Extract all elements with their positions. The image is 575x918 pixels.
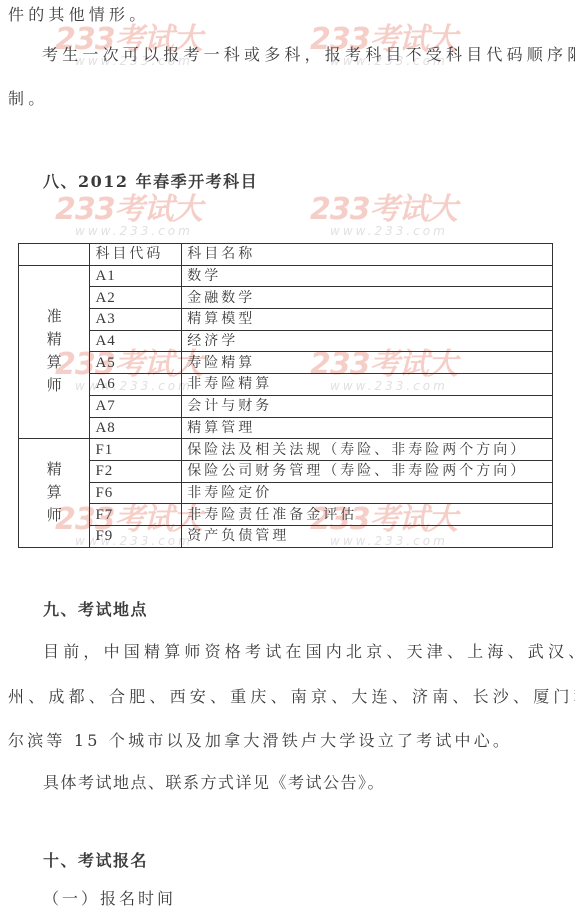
table-row: A8 精算管理 — [19, 417, 553, 439]
subject-name: 寿险精算 — [182, 352, 553, 374]
subject-code: A6 — [90, 374, 182, 396]
group-label: 精算师 — [19, 439, 90, 547]
subject-name: 非寿险精算 — [182, 374, 553, 396]
table-row: A3 精算模型 — [19, 309, 553, 331]
table-header-cell — [19, 244, 90, 266]
table-row: F9 资产负债管理 — [19, 525, 553, 547]
subject-code: F9 — [90, 525, 182, 547]
table-row: A6 非寿险精算 — [19, 374, 553, 396]
group-label-text: 精算师 — [46, 458, 62, 527]
watermark-url: www.233.com — [330, 225, 457, 237]
paragraph-text: 考生一次可以报考一科或多科，报考科目不受科目代码顺序限 — [42, 45, 575, 65]
subject-name: 非寿险责任准备金评估 — [182, 504, 553, 526]
subject-code: F6 — [90, 482, 182, 504]
section-heading: 九、考试地点 — [43, 600, 148, 620]
subject-name: 金融数学 — [182, 287, 553, 309]
group-label-text: 准精算师 — [46, 305, 62, 397]
subject-code: F2 — [90, 460, 182, 482]
watermark-logo: 233考试大 — [310, 195, 457, 225]
subject-name: 精算管理 — [182, 417, 553, 439]
subject-name: 会计与财务 — [182, 395, 553, 417]
table-row: 精算师 F1 保险法及相关法规（寿险、非寿险两个方向） — [19, 439, 553, 461]
paragraph-text: 目前，中国精算师资格考试在国内北京、天津、上海、武汉、广 — [43, 642, 575, 662]
table-row: A4 经济学 — [19, 330, 553, 352]
subheading-text: （一）报名时间 — [43, 889, 176, 909]
subject-name: 保险公司财务管理（寿险、非寿险两个方向） — [182, 460, 553, 482]
table-row: 准精算师 A1 数学 — [19, 265, 553, 287]
subject-code: A7 — [90, 395, 182, 417]
group-label: 准精算师 — [19, 265, 90, 439]
subject-name: 精算模型 — [182, 309, 553, 331]
subject-code: F7 — [90, 504, 182, 526]
subject-name: 非寿险定价 — [182, 482, 553, 504]
table-row: A7 会计与财务 — [19, 395, 553, 417]
subject-name: 经济学 — [182, 330, 553, 352]
subject-code: A5 — [90, 352, 182, 374]
subject-code: A2 — [90, 287, 182, 309]
subject-name: 资产负债管理 — [182, 525, 553, 547]
paragraph-text: 尔滨等 15 个城市以及加拿大滑铁卢大学设立了考试中心。 — [8, 731, 512, 751]
subject-code: A4 — [90, 330, 182, 352]
table-header-cell: 科目代码 — [90, 244, 182, 266]
subject-code: F1 — [90, 439, 182, 461]
watermark: 233考试大 www.233.com — [55, 195, 202, 237]
paragraph-text: 制。 — [8, 89, 48, 109]
table-header-row: 科目代码 科目名称 — [19, 244, 553, 266]
section-heading: 十、考试报名 — [43, 851, 148, 871]
subject-name: 数学 — [182, 265, 553, 287]
watermark: 233考试大 www.233.com — [310, 195, 457, 237]
subject-name: 保险法及相关法规（寿险、非寿险两个方向） — [182, 439, 553, 461]
paragraph-text: 件的其他情形。 — [8, 5, 149, 25]
table-row: F6 非寿险定价 — [19, 482, 553, 504]
subject-code: A3 — [90, 309, 182, 331]
watermark-url: www.233.com — [75, 225, 202, 237]
table-row: F2 保险公司财务管理（寿险、非寿险两个方向） — [19, 460, 553, 482]
subject-code: A8 — [90, 417, 182, 439]
paragraph-text: 州、成都、合肥、西安、重庆、南京、大连、济南、长沙、厦门和哈 — [8, 687, 575, 707]
section-heading: 八、2012 年春季开考科目 — [43, 172, 258, 192]
subject-code: A1 — [90, 265, 182, 287]
table-header-cell: 科目名称 — [182, 244, 553, 266]
table-row: F7 非寿险责任准备金评估 — [19, 504, 553, 526]
paragraph-text: 具体考试地点、联系方式详见《考试公告》。 — [43, 773, 385, 793]
subjects-table: 科目代码 科目名称 准精算师 A1 数学 A2 金融数学 A3 精算模型 A4 … — [18, 243, 553, 548]
table-row: A2 金融数学 — [19, 287, 553, 309]
watermark-logo: 233考试大 — [55, 195, 202, 225]
table-row: A5 寿险精算 — [19, 352, 553, 374]
